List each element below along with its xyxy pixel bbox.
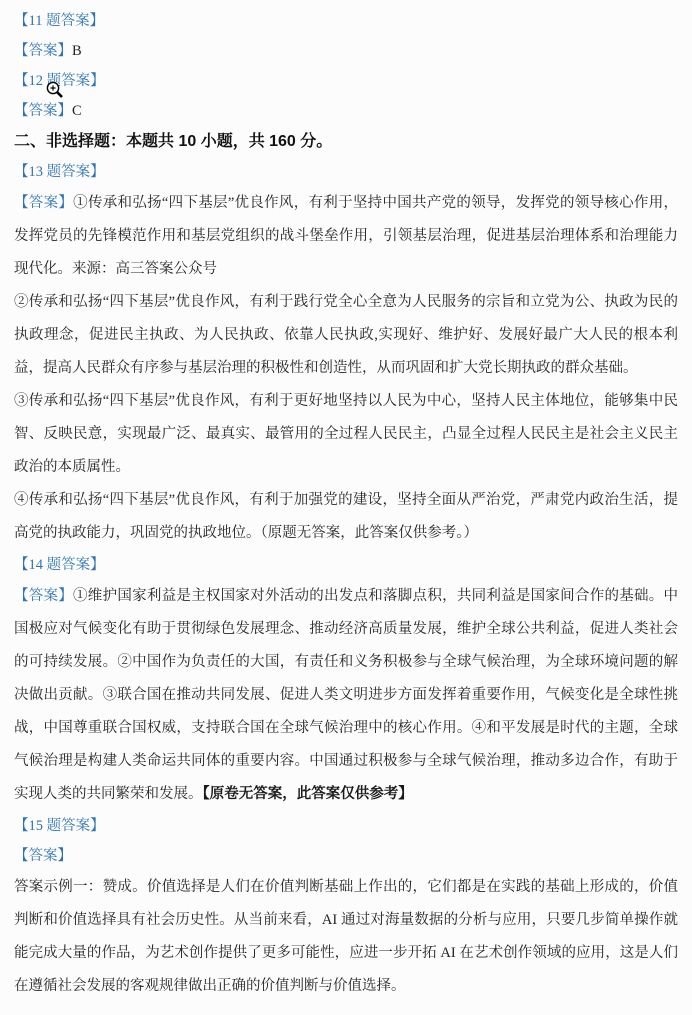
- q15-answer-label: 【答案】: [14, 841, 678, 871]
- q13-header: 【13 题答案】: [14, 157, 678, 187]
- q14-answer-text: ①维护国家利益是主权国家对外活动的出发点和落脚点积，共同利益是国家间合作的基础。…: [14, 588, 678, 802]
- q11-header: 【11 题答案】: [14, 6, 678, 36]
- q13-answer-text-1: ①传承和弘扬“四下基层”优良作风，有利于坚持中国共产党的领导，发挥党的领导核心作…: [14, 195, 678, 277]
- q14-header: 【14 题答案】: [14, 550, 678, 580]
- q15-answer-text: 答案示例一：赞成。价值选择是人们在价值判断基础上作出的，它们都是在实践的基础上形…: [14, 871, 678, 1003]
- q13-answer-label: 【答案】: [14, 195, 73, 211]
- q12-answer-label: 【答案】: [14, 103, 72, 119]
- q12-header: 【12 题答案】: [14, 66, 678, 96]
- q15-header: 【15 题答案】: [14, 811, 678, 841]
- answer-key-document: 【11 题答案】 【答案】B 【12 题答案】 【答案】C 二、非选择题：本题共…: [0, 0, 692, 1015]
- q13-answer-paragraph-3: ③传承和弘扬“四下基层”优良作风，有利于更好地坚持以人民为中心，坚持人民主体地位…: [14, 385, 678, 484]
- q12-answer-line: 【答案】C: [14, 96, 678, 126]
- q11-answer-label: 【答案】: [14, 43, 72, 59]
- q14-answer-paragraph: 【答案】①维护国家利益是主权国家对外活动的出发点和落脚点积，共同利益是国家间合作…: [14, 580, 678, 811]
- q13-answer-paragraph-1: 【答案】①传承和弘扬“四下基层”优良作风，有利于坚持中国共产党的领导，发挥党的领…: [14, 187, 678, 286]
- q14-answer-label: 【答案】: [14, 588, 73, 604]
- q13-answer-paragraph-2: ②传承和弘扬“四下基层”优良作风，有利于践行党全心全意为人民服务的宗旨和立党为公…: [14, 286, 678, 385]
- q11-answer-line: 【答案】B: [14, 36, 678, 66]
- q14-answer-note: 【原卷无答案，此答案仅供参考】: [203, 786, 413, 802]
- q11-answer-value: B: [72, 43, 82, 59]
- q12-answer-value: C: [72, 103, 82, 119]
- q13-answer-paragraph-4: ④传承和弘扬“四下基层”优良作风，有利于加强党的建设，坚持全面从严治党，严肃党内…: [14, 484, 678, 550]
- section-title: 二、非选择题：本题共 10 小题，共 160 分。: [14, 126, 678, 157]
